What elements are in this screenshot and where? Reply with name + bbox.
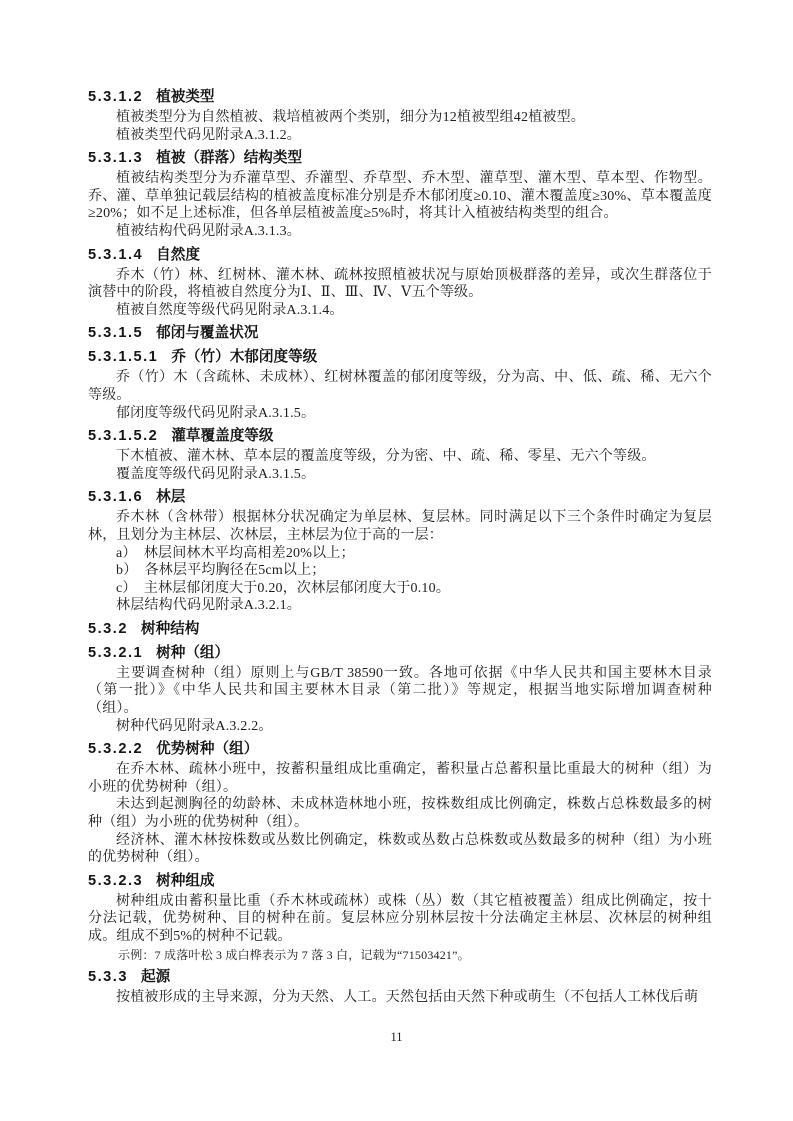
heading-5-3-2-3: 5.3.2.3树种组成 — [88, 872, 712, 891]
section-title: 植被类型 — [156, 89, 214, 105]
paragraph: 乔（竹）木（含疏林、未成林）、红树林覆盖的郁闭度等级，分为高、中、低、疏、稀、无… — [88, 369, 712, 404]
section-number: 5.3.1.3 — [88, 150, 143, 166]
section-title: 优势树种（组） — [156, 741, 258, 757]
paragraph: 按植被形成的主导来源，分为天然、人工。天然包括由天然下种或萌生（不包括人工林伐后… — [88, 989, 712, 1007]
section-title: 林层 — [156, 489, 185, 505]
example-note: 示例：7 成落叶松 3 成白桦表示为 7 落 3 白，记载为“71503421”… — [88, 947, 712, 964]
heading-5-3-1-4: 5.3.1.4自然度 — [88, 246, 712, 265]
paragraph-appendix-ref: 郁闭度等级代码见附录A.3.1.5。 — [88, 405, 712, 423]
heading-5-3-1-2: 5.3.1.2植被类型 — [88, 88, 712, 107]
section-title: 自然度 — [156, 247, 200, 263]
section-title: 树种（组） — [156, 645, 229, 661]
heading-5-3-3: 5.3.3起源 — [88, 968, 712, 987]
section-number: 5.3.1.6 — [88, 489, 143, 505]
section-title: 郁闭与覆盖状况 — [156, 325, 258, 341]
document-content: 5.3.1.2植被类型 植被类型分为自然植被、栽培植被两个类别，细分为12植被型… — [88, 88, 712, 1007]
section-title: 乔（竹）木郁闭度等级 — [171, 349, 317, 365]
heading-5-3-1-3: 5.3.1.3植被（群落）结构类型 — [88, 149, 712, 168]
paragraph: 乔木林（含林带）根据林分状况确定为单层林、复层林。同时满足以下三个条件时确定为复… — [88, 509, 712, 544]
section-number: 5.3.2.3 — [88, 873, 143, 889]
section-number: 5.3.1.5 — [88, 325, 143, 341]
paragraph: 在乔木林、疏林小班中，按蓄积量组成比重确定，蓄积量占总蓄积量比重最大的树种（组）… — [88, 761, 712, 796]
section-title: 树种结构 — [141, 621, 199, 637]
section-number: 5.3.1.5.2 — [88, 428, 158, 444]
paragraph-appendix-ref: 覆盖度等级代码见附录A.3.1.5。 — [88, 466, 712, 484]
paragraph: 经济林、灌木林按株数或丛数比例确定，株数或丛数占总株数或丛数最多的树种（组）为小… — [88, 832, 712, 867]
heading-5-3-2: 5.3.2树种结构 — [88, 620, 712, 639]
section-title: 起源 — [141, 969, 170, 985]
paragraph-appendix-ref: 树种代码见附录A.3.2.2。 — [88, 718, 712, 736]
section-number: 5.3.1.2 — [88, 89, 143, 105]
heading-5-3-2-1: 5.3.2.1树种（组） — [88, 644, 712, 663]
paragraph: 植被类型分为自然植被、栽培植被两个类别，细分为12植被型组42植被型。 — [88, 109, 712, 127]
paragraph: 乔木（竹）林、红树林、灌木林、疏林按照植被状况与原始顶极群落的差异，或次生群落位… — [88, 267, 712, 302]
section-number: 5.3.2.2 — [88, 741, 143, 757]
section-number: 5.3.1.4 — [88, 247, 143, 263]
section-title: 植被（群落）结构类型 — [156, 150, 302, 166]
paragraph: 下木植被、灌木林、草本层的覆盖度等级，分为密、中、疏、稀、零星、无六个等级。 — [88, 448, 712, 466]
paragraph: 未达到起测胸径的幼龄林、未成林造林地小班，按株数组成比例确定，株数占总株数最多的… — [88, 796, 712, 831]
heading-5-3-1-5-1: 5.3.1.5.1乔（竹）木郁闭度等级 — [88, 348, 712, 367]
list-item-a: a） 林层间林木平均高相差20%以上； — [88, 545, 712, 563]
section-title: 树种组成 — [156, 873, 214, 889]
document-page: 5.3.1.2植被类型 植被类型分为自然植被、栽培植被两个类别，细分为12植被型… — [0, 0, 793, 1121]
section-number: 5.3.2 — [88, 621, 128, 637]
paragraph: 树种组成由蓄积量比重（乔木林或疏林）或株（丛）数（其它植被覆盖）组成比例确定，按… — [88, 893, 712, 946]
heading-5-3-2-2: 5.3.2.2优势树种（组） — [88, 740, 712, 759]
paragraph: 植被结构类型分为乔灌草型、乔灌型、乔草型、乔木型、灌草型、灌木型、草本型、作物型… — [88, 170, 712, 223]
page-number: 11 — [0, 1030, 793, 1045]
paragraph-appendix-ref: 植被自然度等级代码见附录A.3.1.4。 — [88, 302, 712, 320]
heading-5-3-1-5: 5.3.1.5郁闭与覆盖状况 — [88, 324, 712, 343]
section-number: 5.3.3 — [88, 969, 128, 985]
heading-5-3-1-6: 5.3.1.6林层 — [88, 488, 712, 507]
paragraph-appendix-ref: 林层结构代码见附录A.3.2.1。 — [88, 597, 712, 615]
section-title: 灌草覆盖度等级 — [171, 428, 273, 444]
paragraph-appendix-ref: 植被类型代码见附录A.3.1.2。 — [88, 127, 712, 145]
section-number: 5.3.2.1 — [88, 645, 143, 661]
paragraph: 主要调查树种（组）原则上与GB/T 38590一致。各地可依据《中华人民共和国主… — [88, 665, 712, 718]
list-item-c: c） 主林层郁闭度大于0.20，次林层郁闭度大于0.10。 — [88, 580, 712, 598]
list-item-b: b） 各林层平均胸径在5cm以上； — [88, 562, 712, 580]
section-number: 5.3.1.5.1 — [88, 349, 158, 365]
paragraph-appendix-ref: 植被结构代码见附录A.3.1.3。 — [88, 223, 712, 241]
heading-5-3-1-5-2: 5.3.1.5.2灌草覆盖度等级 — [88, 427, 712, 446]
